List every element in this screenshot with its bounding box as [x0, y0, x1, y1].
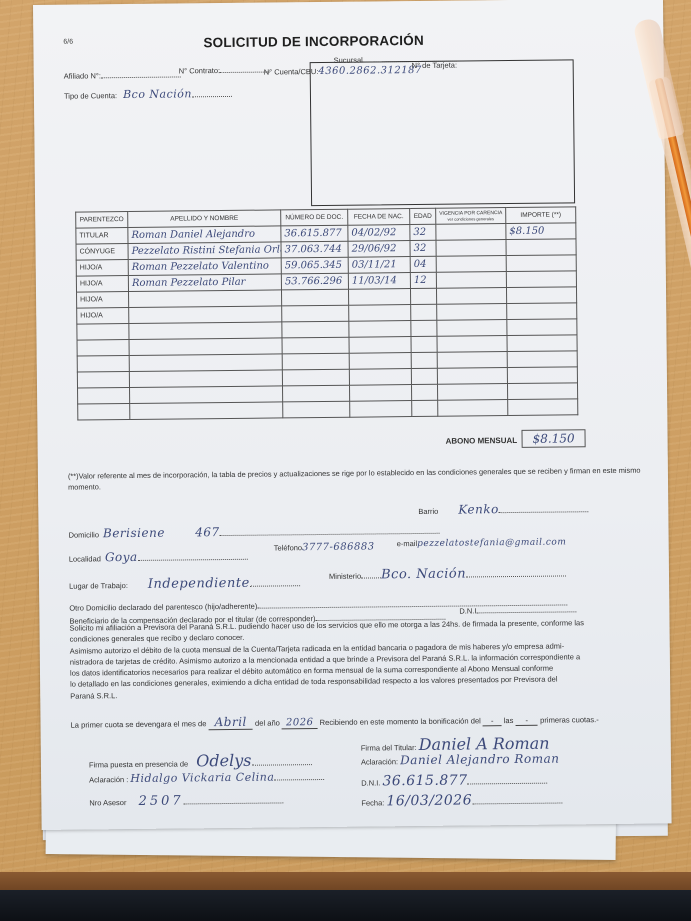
- parentezco-cell[interactable]: HIJO/A: [77, 292, 129, 309]
- importe-cell[interactable]: [506, 239, 576, 256]
- doc-cell[interactable]: [282, 353, 349, 370]
- page-number: 6/6: [63, 39, 73, 46]
- header-parentezco: PARENTEZCO: [76, 212, 128, 229]
- nombre-cell[interactable]: [129, 338, 282, 356]
- parentezco-cell[interactable]: [78, 404, 130, 421]
- afiliado-field[interactable]: Afiliado N°:: [64, 68, 181, 80]
- nombre-cell[interactable]: Roman Daniel Alejandro: [128, 226, 281, 244]
- dni-titular-field[interactable]: D.N.I. 36.615.877: [361, 772, 548, 790]
- barrio-field[interactable]: BarrioKenko: [418, 501, 589, 517]
- asesor-value: 2507: [138, 793, 183, 808]
- parentezco-cell[interactable]: [78, 388, 130, 405]
- doc-cell[interactable]: [281, 289, 348, 306]
- importe-cell[interactable]: [506, 287, 576, 304]
- tipo-cuenta-field[interactable]: Tipo de Cuenta:Bco Nación: [64, 87, 232, 102]
- vigencia-cell[interactable]: [438, 400, 508, 417]
- asesor-field[interactable]: Nro Asesor 2507: [89, 792, 283, 809]
- fecha-value: 16/03/2026: [386, 792, 472, 809]
- fecha-cell[interactable]: 29/06/92: [348, 241, 410, 258]
- nombre-cell[interactable]: Pezzelato Ristini Stefania Orlanda: [128, 242, 281, 260]
- application-form-sheet: 6/6 SOLICITUD DE INCORPORACIÓN Sucursal …: [33, 0, 672, 830]
- importe-cell[interactable]: [507, 335, 577, 352]
- telefono-value: 3777-686883: [302, 541, 375, 553]
- domicilio-value: Berisiene 467: [103, 525, 220, 540]
- fecha-cell[interactable]: [350, 401, 412, 418]
- edad-cell[interactable]: [410, 288, 436, 304]
- importe-cell[interactable]: [507, 303, 577, 320]
- ministerio-field[interactable]: MinisterioBco. Nación: [329, 565, 566, 582]
- importe-cell[interactable]: $8.150: [506, 223, 576, 240]
- legal-text: Solicito mi afiliación a Previsora del P…: [69, 617, 584, 701]
- nombre-cell[interactable]: [130, 402, 283, 420]
- desk-edge: [0, 872, 691, 892]
- edad-cell[interactable]: [411, 336, 437, 352]
- photo-box: [310, 59, 575, 206]
- fecha-cell[interactable]: [349, 305, 411, 322]
- localidad-field[interactable]: LocalidadGoya: [69, 549, 248, 565]
- edad-cell[interactable]: [411, 384, 437, 400]
- importe-cell[interactable]: [507, 319, 577, 336]
- floor-background: [0, 890, 691, 921]
- bonificacion-value-1[interactable]: -: [483, 716, 502, 726]
- dni-titular-value: 36.615.877: [382, 772, 467, 789]
- edad-cell[interactable]: 32: [410, 224, 436, 240]
- vigencia-cell[interactable]: [436, 288, 506, 305]
- header-apellido-nombre: APELLIDO Y NOMBRE: [128, 210, 281, 228]
- firma-presencia-field[interactable]: Firma puesta en presencia de Odelys: [89, 750, 312, 771]
- edad-cell[interactable]: [411, 304, 437, 320]
- parentezco-cell[interactable]: [77, 372, 129, 389]
- parentezco-cell[interactable]: [77, 340, 129, 357]
- nombre-cell[interactable]: [130, 386, 283, 404]
- header-importe: IMPORTE (**): [506, 207, 576, 224]
- edad-cell[interactable]: [411, 352, 437, 368]
- parentezco-cell[interactable]: TITULAR: [76, 228, 128, 245]
- importe-cell[interactable]: [507, 383, 577, 400]
- vigencia-cell[interactable]: [437, 352, 507, 369]
- parentezco-cell[interactable]: HIJO/A: [76, 260, 128, 277]
- fecha-cell[interactable]: 04/02/92: [348, 225, 410, 242]
- fecha-cell[interactable]: 11/03/14: [348, 273, 410, 290]
- importe-cell[interactable]: [506, 271, 576, 288]
- email-field[interactable]: e-mailpezzelatostefania@gmail.com: [397, 537, 567, 549]
- anio-value[interactable]: 2026: [282, 717, 318, 729]
- doc-cell[interactable]: 53.766.296: [281, 273, 348, 290]
- mes-value[interactable]: Abril: [208, 715, 252, 730]
- doc-cell[interactable]: [282, 369, 349, 386]
- nombre-cell[interactable]: [129, 322, 282, 340]
- barrio-value: Kenko: [458, 502, 499, 516]
- form-title: SOLICITUD DE INCORPORACIÓN: [203, 33, 424, 50]
- nombre-cell[interactable]: [129, 306, 282, 324]
- nombre-cell[interactable]: [129, 370, 282, 388]
- vigencia-cell[interactable]: [437, 336, 507, 353]
- nombre-cell[interactable]: Roman Pezzelato Valentino: [128, 258, 281, 276]
- edad-cell[interactable]: 04: [410, 256, 436, 272]
- vigencia-cell[interactable]: [436, 240, 506, 257]
- fecha-field[interactable]: Fecha: 16/03/2026: [361, 792, 562, 810]
- doc-cell[interactable]: 59.065.345: [281, 257, 348, 274]
- vigencia-cell[interactable]: [437, 304, 507, 321]
- abono-mensual-value: $8.150: [521, 429, 585, 448]
- firma-presencia-signature: Odelys: [196, 751, 251, 771]
- parentezco-cell[interactable]: HIJO/A: [76, 276, 128, 293]
- nombre-cell[interactable]: [129, 290, 282, 308]
- telefono-field[interactable]: Teléfono3777-686883: [274, 541, 375, 553]
- doc-cell[interactable]: [282, 337, 349, 354]
- lugar-trabajo-field[interactable]: Lugar de Trabajo:Independiente: [69, 575, 300, 592]
- edad-cell[interactable]: 32: [410, 240, 436, 256]
- fecha-cell[interactable]: [349, 385, 411, 402]
- localidad-value: Goya: [105, 550, 138, 564]
- vigencia-cell[interactable]: [436, 224, 506, 241]
- doc-cell[interactable]: [282, 321, 349, 338]
- importe-cell[interactable]: [507, 351, 577, 368]
- beneficiario-dni-field[interactable]: D.N.I: [459, 603, 576, 615]
- vigencia-cell[interactable]: [437, 384, 507, 401]
- fecha-cell[interactable]: 03/11/21: [348, 257, 410, 274]
- aclaracion-left-field[interactable]: Aclaración : Hidalgo Vickaria Celina: [89, 770, 324, 785]
- primer-cuota-line: La primer cuota se devengara el mes de A…: [70, 711, 598, 731]
- edad-cell[interactable]: [411, 368, 437, 384]
- doc-cell[interactable]: [283, 385, 350, 402]
- nombre-cell[interactable]: [129, 354, 282, 372]
- bonificacion-value-2[interactable]: -: [515, 716, 538, 726]
- aclaracion-right-value: Daniel Alejandro Roman: [400, 752, 559, 768]
- importe-cell[interactable]: [506, 255, 576, 272]
- parentezco-cell[interactable]: HIJO/A: [77, 308, 129, 325]
- header-edad: EDAD: [410, 208, 436, 224]
- vigencia-cell[interactable]: [436, 256, 506, 273]
- header-numero-doc: NÚMERO DE DOC.: [281, 209, 348, 226]
- parentezco-cell[interactable]: CÓNYUGE: [76, 244, 128, 261]
- importe-cell[interactable]: [507, 367, 577, 384]
- doc-cell[interactable]: 37.063.744: [281, 241, 348, 258]
- aclaracion-left-value: Hidalgo Vickaria Celina: [130, 771, 274, 786]
- aclaracion-right-field[interactable]: Aclaración: Daniel Alejandro Roman: [361, 752, 560, 768]
- lugar-trabajo-value: Independiente: [148, 576, 250, 592]
- ministerio-value: Bco. Nación: [381, 566, 466, 582]
- domicilio-field[interactable]: DomicilioBerisiene 467: [68, 523, 439, 541]
- header-fecha-nac: FECHA DE NAC.: [348, 209, 410, 226]
- importe-cell[interactable]: [508, 399, 578, 416]
- header-vigencia: VIGENCIA POR CARENCIA ver condiciones ge…: [436, 208, 506, 225]
- fecha-cell[interactable]: [349, 337, 411, 354]
- contrato-field[interactable]: N° Contrato:: [179, 64, 270, 76]
- vigencia-cell[interactable]: [436, 272, 506, 289]
- parentezco-cell[interactable]: [77, 356, 129, 373]
- edad-cell[interactable]: [412, 400, 438, 416]
- vigencia-cell[interactable]: [437, 368, 507, 385]
- fecha-cell[interactable]: [349, 321, 411, 338]
- fecha-cell[interactable]: [349, 369, 411, 386]
- doc-cell[interactable]: 36.615.877: [281, 225, 348, 242]
- tipo-cuenta-value: Bco Nación: [123, 87, 192, 101]
- parentezco-cell[interactable]: [77, 324, 129, 341]
- abono-mensual: ABONO MENSUAL $8.150: [445, 429, 585, 448]
- fecha-cell[interactable]: [349, 353, 411, 370]
- nombre-cell[interactable]: Roman Pezzelato Pilar: [128, 274, 281, 292]
- price-note: (**)Valor referente al mes de incorporac…: [68, 465, 648, 493]
- fecha-cell[interactable]: [348, 289, 410, 306]
- family-members-table: PARENTEZCO APELLIDO Y NOMBRE NÚMERO DE D…: [75, 206, 578, 420]
- edad-cell[interactable]: [411, 320, 437, 336]
- vigencia-cell[interactable]: [437, 320, 507, 337]
- email-value: pezzelatostefania@gmail.com: [417, 537, 566, 549]
- edad-cell[interactable]: 12: [410, 272, 436, 288]
- doc-cell[interactable]: [282, 305, 349, 322]
- doc-cell[interactable]: [283, 401, 350, 418]
